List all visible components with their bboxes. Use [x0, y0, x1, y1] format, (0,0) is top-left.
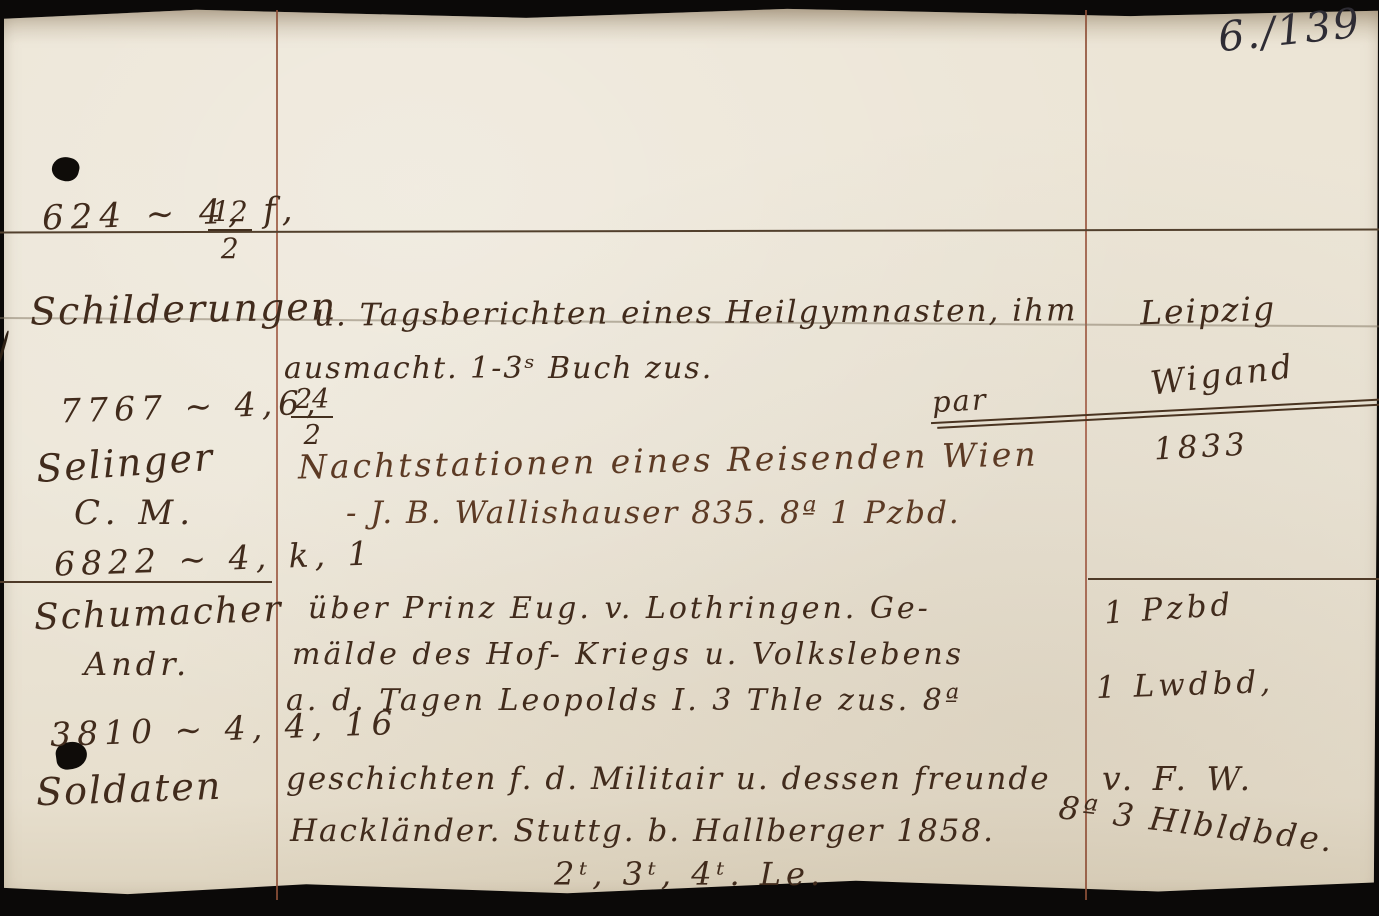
soldaten-title-line3: 2ᵗ, 3ᵗ, 4ᵗ. Le. [554, 858, 825, 890]
selinger-subheading: C. M. [74, 496, 196, 530]
catalog-card-photo: 6./139 624 ~ 4, f, 12 2 Schilderungen u.… [0, 0, 1379, 916]
fraction-numerator: 24 [291, 386, 333, 418]
call-number-1: 624 ~ 4, f, [41, 193, 299, 236]
schilderungen-year: 1833 [1153, 430, 1249, 466]
entry-heading-soldaten: Soldaten [35, 767, 222, 811]
schumacher-binding-2: 1 Lwdbd, [1096, 667, 1275, 704]
fraction-denominator: 2 [291, 418, 333, 449]
soldaten-author: v. F. W. [1102, 762, 1255, 795]
schumacher-binding-1: 1 Pzbd [1103, 589, 1235, 629]
call-number-2-fraction: 24 2 [291, 386, 333, 449]
soldaten-title-line2: Hackländer. Stuttg. b. Hallberger 1858. [290, 816, 995, 847]
fraction-denominator: 2 [208, 231, 252, 263]
schilderungen-place: Leipzig [1139, 292, 1276, 330]
schilderungen-title-line2: ausmacht. 1-3ˢ Buch zus. [284, 354, 713, 384]
entry-heading-schilderungen: Schilderungen [30, 287, 338, 330]
schilderungen-title-line1: u. Tagsberichten eines Heilgymnasten, ih… [314, 295, 1078, 331]
soldaten-title-line1: geschichten f. d. Militair u. dessen fre… [286, 764, 1051, 795]
fraction-numerator: 12 [208, 198, 252, 231]
call-number-3: 6822 ~ 4, k, 1 [54, 536, 376, 580]
schumacher-subheading: Andr. [84, 648, 190, 680]
schumacher-title-line1: über Prinz Eug. v. Lothringen. Ge- [308, 594, 931, 624]
call-number-2: 7767 ~ 4,6, [60, 385, 323, 427]
selinger-title-line2: - J. B. Wallishauser 835. 8ª 1 Pzbd. [346, 498, 961, 529]
entry-heading-schumacher: Schumacher [33, 592, 283, 637]
entry-heading-selinger: Selinger [35, 438, 215, 488]
schumacher-title-line2: mälde des Hof- Kriegs u. Volkslebens [292, 640, 964, 670]
call-number-1-fraction: 12 2 [208, 198, 252, 263]
